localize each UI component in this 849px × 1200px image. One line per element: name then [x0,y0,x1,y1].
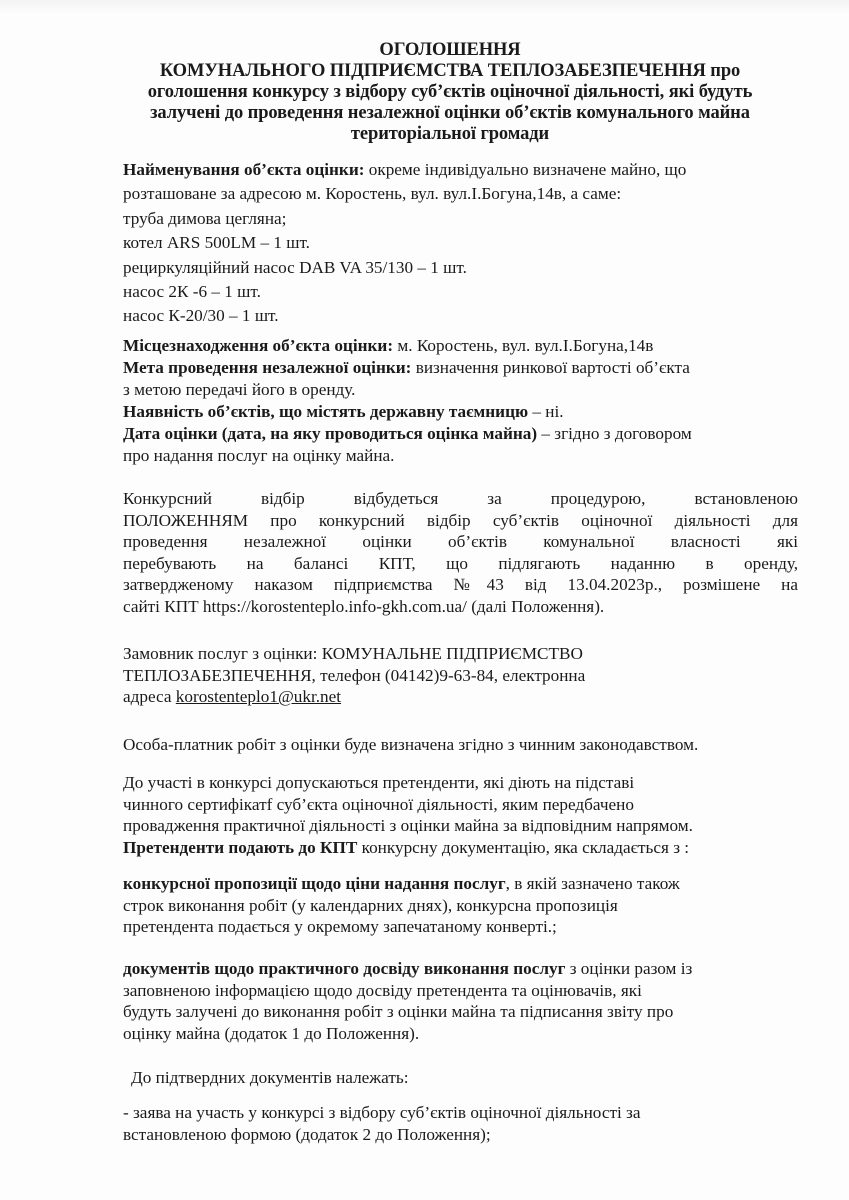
state-secret-line: Наявність об’єктів, що містять державну … [123,401,803,423]
object-item: насос 2К -6 – 1 шт. [123,280,803,304]
submission-line: Претенденти подають до КПТ конкурсну док… [123,837,803,859]
scan-artifact [0,0,849,14]
object-item: рециркуляційний насос DAB VA 35/130 – 1 … [123,256,803,280]
experience-docs-line: документів щодо практичного досвіду вико… [123,958,803,980]
price-proposal-line: конкурсної пропозиції щодо ціни надання … [123,873,803,895]
purpose-line-2: з метою передачі його в оренду. [123,379,803,401]
valuation-date-line: Дата оцінки (дата, на яку проводиться оц… [123,423,803,445]
procedure-paragraph: Конкурсний відбір відбудеться за процеду… [123,488,798,618]
procedure-line: Конкурсний відбір відбудеться за процеду… [123,488,798,510]
payer-paragraph: Особа-платник робіт з оцінки буде визнач… [123,734,803,756]
object-name-section: Найменування об’єкта оцінки: окреме інди… [123,158,803,329]
price-proposal-paragraph: конкурсної пропозиції щодо ціни надання … [123,873,803,938]
supporting-doc-item: - заява на участь у конкурсі з відбору с… [123,1102,803,1124]
customer-email-link[interactable]: korostenteplo1@ukr.net [176,687,341,706]
object-name-label: Найменування об’єкта оцінки: [123,160,364,179]
procedure-line: ПОЛОЖЕННЯМ про конкурсний відбір суб’єкт… [123,510,798,532]
object-item: котел ARS 500LM – 1 шт. [123,231,803,255]
state-secret-label: Наявність об’єктів, що містять державну … [123,402,528,421]
eligibility-line: чинного сертифікатf суб’єкта оціночної д… [123,794,803,816]
procedure-line: перебувають на балансі КПТ, що підлягают… [123,553,798,575]
submission-label: Претенденти подають до КПТ [123,838,357,857]
customer-line: ТЕПЛОЗАБЕЗПЕЧЕННЯ, телефон (04142)9-63-8… [123,665,803,687]
object-item: труба димова цегляна; [123,207,803,231]
location-label: Місцезнаходження об’єкта оцінки: [123,336,393,355]
supporting-docs-heading: До підтвердних документів належать: [131,1067,811,1089]
heading-subject-line: територіальної громади [100,124,800,145]
experience-docs-label: документів щодо практичного досвіду вико… [123,959,565,978]
object-name-line: Найменування об’єкта оцінки: окреме інди… [123,158,803,182]
price-proposal-line: строк виконання робіт (у календарних дня… [123,895,803,917]
experience-docs-paragraph: документів щодо практичного досвіду вико… [123,958,803,1044]
eligibility-paragraph: До участі в конкурсі допускаються претен… [123,772,803,858]
experience-docs-line: оцінку майна (додаток 1 до Положення). [123,1023,803,1045]
document-heading: ОГОЛОШЕННЯ КОМУНАЛЬНОГО ПІДПРИЄМСТВА ТЕП… [100,40,800,145]
procedure-line: затвердженому наказом підприємства №43 в… [123,574,798,596]
experience-docs-line: заповненою інформацією щодо досвіду прет… [123,980,803,1002]
heading-subject-line: оголошення конкурсу з відбору суб’єктів … [100,82,800,103]
price-proposal-label: конкурсної пропозиції щодо ціни надання … [123,874,506,893]
valuation-date-label: Дата оцінки (дата, на яку проводиться оц… [123,424,537,443]
purpose-label: Мета проведення незалежної оцінки: [123,358,411,377]
object-details-section: Місцезнаходження об’єкта оцінки: м. Коро… [123,335,803,467]
customer-email-line: адреса korostenteplo1@ukr.net [123,686,803,708]
price-proposal-line: претендента подається у окремому запечат… [123,916,803,938]
heading-subject-line: залучені до проведення незалежної оцінки… [100,103,800,124]
heading-title: ОГОЛОШЕННЯ [100,40,800,61]
location-line: Місцезнаходження об’єкта оцінки: м. Коро… [123,335,803,357]
eligibility-line: провадження практичної діяльності з оцін… [123,815,803,837]
experience-docs-line: будуть залучені до виконання робіт з оці… [123,1001,803,1023]
customer-line: Замовник послуг з оцінки: КОМУНАЛЬНЕ ПІД… [123,643,803,665]
purpose-line: Мета проведення незалежної оцінки: визна… [123,357,803,379]
payer-line: Особа-платник робіт з оцінки буде визнач… [123,734,803,756]
document-page: ОГОЛОШЕННЯ КОМУНАЛЬНОГО ПІДПРИЄМСТВА ТЕП… [0,0,849,1200]
supporting-doc-item: встановленою формою (додаток 2 до Положе… [123,1124,803,1146]
object-address-line: розташоване за адресою м. Коростень, вул… [123,182,803,206]
heading-organization: КОМУНАЛЬНОГО ПІДПРИЄМСТВА ТЕПЛОЗАБЕЗПЕЧЕ… [100,61,800,82]
procedure-line: проведення незалежної оцінки об’єктів ко… [123,531,798,553]
eligibility-line: До участі в конкурсі допускаються претен… [123,772,803,794]
supporting-docs-list: - заява на участь у конкурсі з відбору с… [123,1102,803,1145]
valuation-date-line-2: про надання послуг на оцінку майна. [123,445,803,467]
object-item: насос К-20/30 – 1 шт. [123,304,803,328]
procedure-line: сайті КПТ https://korostenteplo.info-gkh… [123,596,798,618]
customer-paragraph: Замовник послуг з оцінки: КОМУНАЛЬНЕ ПІД… [123,643,803,708]
